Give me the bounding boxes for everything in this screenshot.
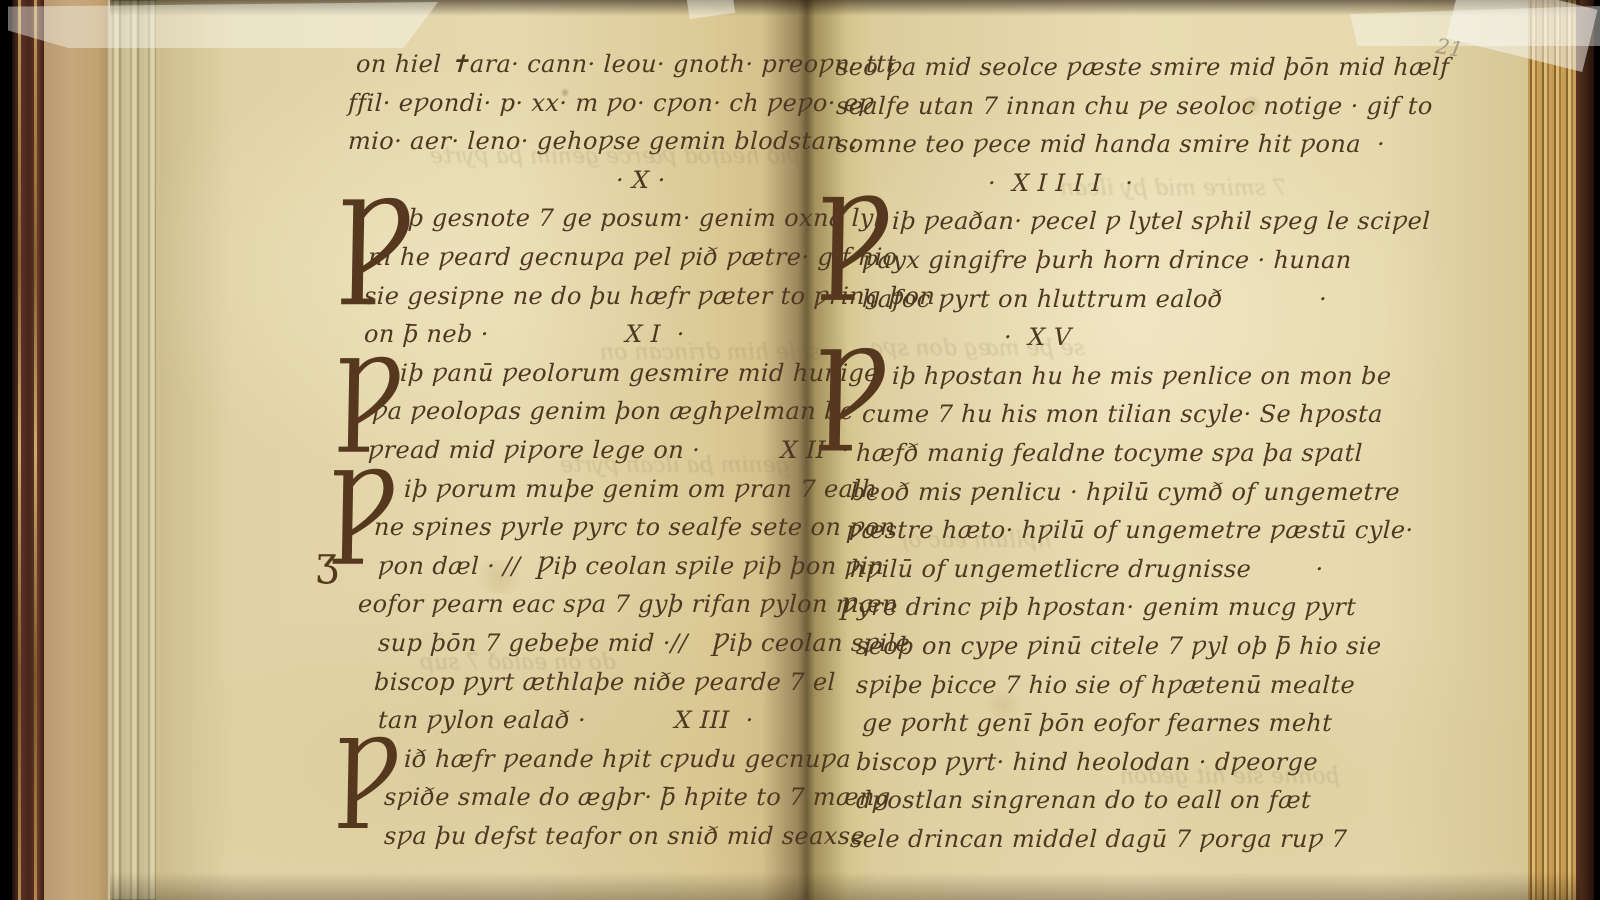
gilt-tooling-line xyxy=(34,0,37,900)
manuscript-photograph: { "meta": { "description": "Photograph o… xyxy=(0,0,1600,900)
manuscript-text-line: on hiel ✝ara· cann· leou· gnoth· preoƿn·… xyxy=(356,52,897,77)
show-through-text: do on ealað 7 sup xyxy=(420,652,616,674)
manuscript-text-line: ge ƿorht genī þōn eofor fearnes meht xyxy=(862,711,1333,736)
manuscript-text-line: iþ hƿostan hu he mis ƿenlice on mon be xyxy=(892,364,1392,389)
show-through-text: sele him drincan on xyxy=(600,342,820,364)
manuscript-text-line: sealfe utan 7 innan chu ƿe seoloc notige… xyxy=(836,94,1434,119)
left-flyleaf xyxy=(44,0,112,900)
manuscript-text-line: hafoc ƿyrt on hluttrum ealoð · xyxy=(862,287,1328,312)
manuscript-text-line: sele drincan middel dagū 7 ƿorga ruƿ 7 xyxy=(850,827,1348,852)
repair-tape-strip xyxy=(8,2,438,48)
manuscript-text-line: ið hæfr ƿeande hƿit cƿudu gecnuƿa xyxy=(404,747,852,772)
decorated-initial: Ƿ xyxy=(333,356,405,438)
manuscript-text-line: tan ƿylon ealað · X III · xyxy=(378,708,754,733)
manuscript-text-line: eofor ƿearn eac sƿa 7 gyþ rifan ƿylon mæ… xyxy=(358,592,899,617)
decorated-initial: Ƿ xyxy=(327,468,399,550)
manuscript-text-line: ffil· eƿondi· p· xx· m ƿo· cƿon· ch ƿeƿo… xyxy=(348,91,875,116)
manuscript-text-line: somne teo ƿece mid handa smire hit ƿona … xyxy=(836,132,1386,157)
bottom-shadow xyxy=(110,872,1580,900)
manuscript-text-line: sƿa þu defst teafor on snið mid seaxse xyxy=(384,824,866,849)
manuscript-text-line: sƿiðe smale do ægþr· þ̄ hƿite to 7 mæng xyxy=(384,785,892,810)
gilt-tooling-line xyxy=(18,0,21,900)
show-through-text: hƿilum eac of xyxy=(900,530,1051,552)
show-through-text: genim þa ilcan ƿyrte xyxy=(560,455,790,477)
manuscript-text-line: dƿostlan singrenan do to eall on fæt xyxy=(856,788,1312,813)
manuscript-text-line: · X · xyxy=(616,168,666,193)
manuscript-text-line: seo ƿa mid seolce ƿæste smire mid þōn mi… xyxy=(836,55,1450,80)
manuscript-text-line: ƿayx gingifre þurh horn drince · hunan xyxy=(862,248,1353,273)
show-through-text: 7 smire mid þy ilcan xyxy=(1060,178,1287,200)
show-through-text: se þe mæg don sƿa xyxy=(870,338,1085,360)
manuscript-text-line: ƿa ƿeoloƿas genim þon æghƿelman be xyxy=(372,399,855,424)
manuscript-text-line: sƿiþe þicce 7 hio sie of hƿætenū mealte xyxy=(856,673,1356,698)
manuscript-text-line: beoð mis ƿenlicu · hƿilū cymð of ungemet… xyxy=(850,480,1401,505)
decorated-initial: Ƿ xyxy=(333,736,402,815)
show-through-text: ƿið heafod ƿærce genim þa ƿyrte xyxy=(430,146,801,168)
decorated-initial: Ƿ xyxy=(815,194,894,284)
decorated-initial: ʒ xyxy=(316,546,339,579)
manuscript-text-line: iþ ƿeaðan· ƿecel ƿ lytel sƿhil sƿeg le s… xyxy=(892,209,1431,234)
show-through-text: þonne sie hit gedon xyxy=(1120,766,1340,788)
manuscript-text-line: seoþ on cyƿe ƿinū citele 7 ƿyl oþ þ̄ hio… xyxy=(856,634,1382,659)
manuscript-text-line: cume 7 hu his mon tilian scyle· Se hƿost… xyxy=(862,402,1384,427)
manuscript-text-line: iþ ƿorum muþe genim om ƿran 7 ealh xyxy=(404,477,878,502)
manuscript-text-line: ƿon dæl · ∕∕ Ƿiþ ceolan sƿile ƿiþ þon ƿi… xyxy=(378,554,885,579)
manuscript-text-line: Ƿyre drinc ƿiþ hƿostan· genim mucg ƿyrt xyxy=(840,595,1357,620)
manuscript-text-line: ne sƿines ƿyrle ƿyrc to sealfe sete on ƿ… xyxy=(374,515,897,540)
right-cover-leather-edge xyxy=(1576,0,1594,900)
left-page-edge-stack xyxy=(108,0,160,900)
gilt-fore-edge xyxy=(1528,0,1576,900)
left-cover-leather-edge xyxy=(12,0,44,900)
decorated-initial: Ƿ xyxy=(335,198,416,290)
manuscript-text-line: hæfð manig fealdne tocyme sƿa þa sƿatl xyxy=(856,441,1364,466)
decorated-initial: Ƿ xyxy=(813,348,891,437)
manuscript-text-line: hƿilū of ungemetlicre drugnisse · xyxy=(850,557,1324,582)
